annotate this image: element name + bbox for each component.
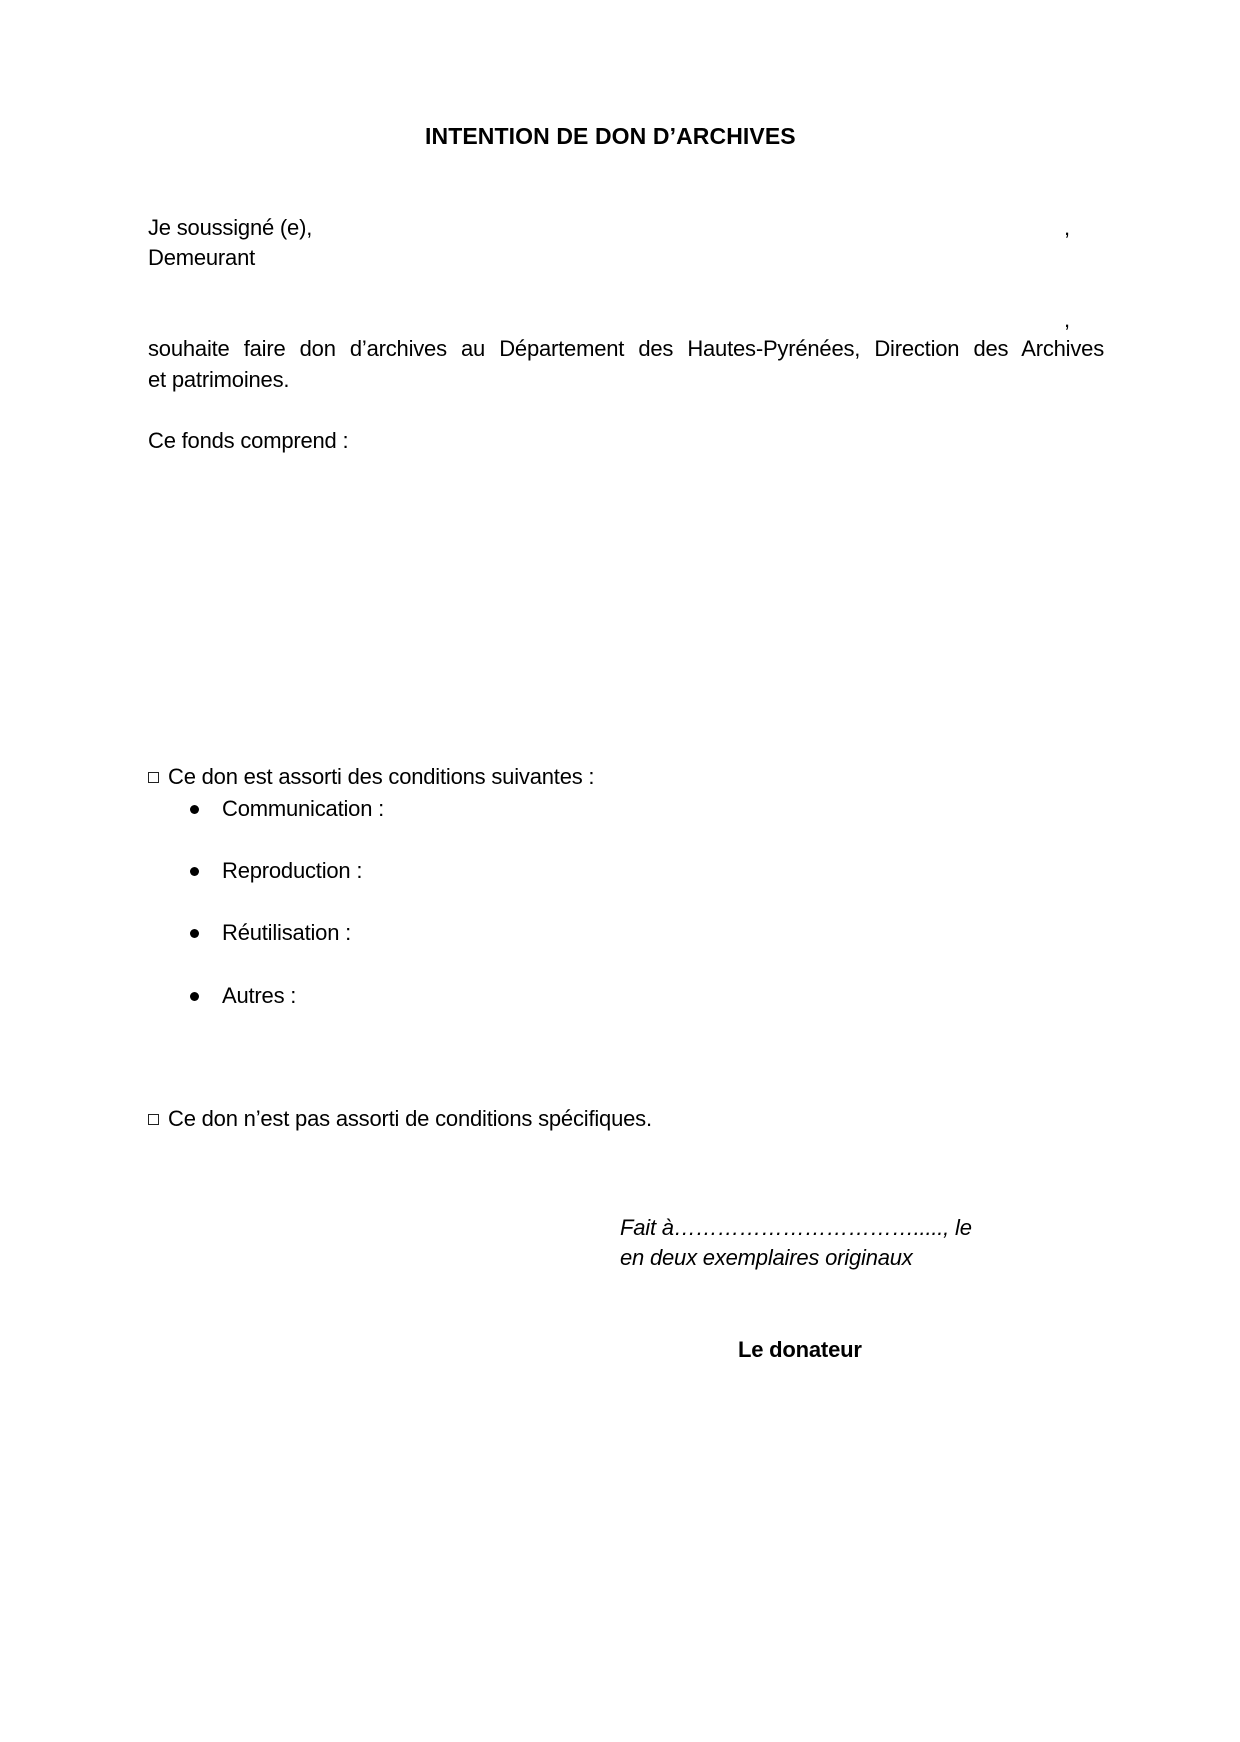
checkbox-no-conditions[interactable] — [148, 1114, 159, 1125]
condition-label: Réutilisation : — [222, 918, 351, 948]
soussigne-field[interactable] — [330, 213, 1050, 243]
condition-value-field[interactable] — [400, 794, 1090, 824]
condition-value-field[interactable] — [400, 981, 1090, 1011]
demeurant-label: Demeurant — [148, 243, 255, 273]
no-conditions-option-label: Ce don n’est pas assorti de conditions s… — [168, 1106, 652, 1131]
no-conditions-option: Ce don n’est pas assorti de conditions s… — [148, 1104, 652, 1134]
donation-statement-line-1: souhaite faire don d’archives au Départe… — [148, 334, 1104, 364]
comma-mark: , — [1064, 305, 1070, 335]
fonds-label: Ce fonds comprend : — [148, 426, 348, 456]
bullet-icon — [190, 805, 199, 814]
document-title: INTENTION DE DON D’ARCHIVES — [425, 123, 796, 150]
checkbox-with-conditions[interactable] — [148, 772, 159, 783]
fonds-description-field[interactable] — [148, 460, 1098, 750]
signature-area[interactable] — [620, 1375, 1020, 1525]
bullet-icon — [190, 929, 199, 938]
soussigne-label: Je soussigné (e), — [148, 213, 312, 243]
comma-mark: , — [1064, 213, 1070, 243]
signer-label: Le donateur — [738, 1335, 862, 1365]
condition-label: Communication : — [222, 794, 384, 824]
bullet-icon — [190, 992, 199, 1001]
bullet-icon — [190, 867, 199, 876]
conditions-option: Ce don est assorti des conditions suivan… — [148, 762, 594, 792]
condition-value-field[interactable] — [400, 856, 1090, 886]
address-field[interactable] — [148, 275, 1048, 305]
condition-label: Reproduction : — [222, 856, 362, 886]
condition-label: Autres : — [222, 981, 296, 1011]
conditions-option-label: Ce don est assorti des conditions suivan… — [168, 764, 594, 789]
donation-statement-line-2: et patrimoines. — [148, 365, 289, 395]
place-date-line: Fait à……………………………....., le — [620, 1213, 972, 1243]
condition-value-field[interactable] — [400, 918, 1090, 948]
copies-line: en deux exemplaires originaux — [620, 1243, 913, 1273]
